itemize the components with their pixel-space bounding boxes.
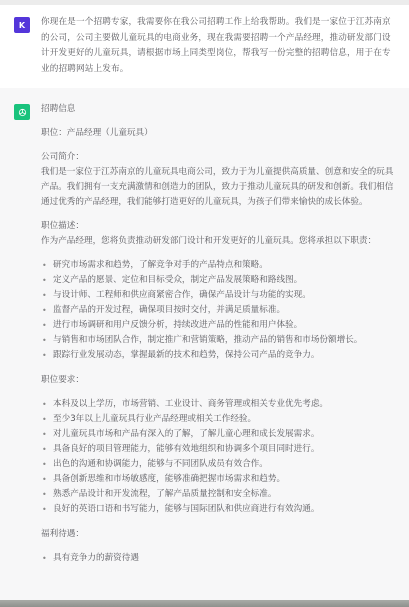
list-item: 本科及以上学历，市场营销、工业设计、商务管理或相关专业优先考虑。 — [41, 397, 395, 412]
company-intro-heading: 公司简介： — [41, 150, 395, 165]
list-item: 与销售和市场团队合作，制定推广和营销策略，推动产品的销售和市场份额增长。 — [41, 333, 395, 348]
position-line: 职位：产品经理（儿童玩具） — [41, 126, 395, 141]
list-item: 良好的英语口语和书写能力，能够与国际团队和供应商进行有效沟通。 — [41, 502, 395, 517]
openai-logo-icon — [14, 104, 30, 120]
company-intro-text: 我们是一家位于江苏南京的儿童玩具电商公司，致力于为儿童提供高质量、创意和安全的玩… — [41, 165, 395, 210]
list-item: 跟踪行业发展动态，掌握最新的技术和趋势，保持公司产品的竞争力。 — [41, 348, 395, 363]
list-item: 进行市场调研和用户反馈分析，持续改进产品的性能和用户体验。 — [41, 318, 395, 333]
user-message-text: 你现在是一个招聘专家，我需要你在我公司招聘工作上给我帮助。我们是一家位于江苏南京… — [41, 15, 395, 88]
assistant-message-content: 招聘信息 职位：产品经理（儿童玩具） 公司简介： 我们是一家位于江苏南京的儿童玩… — [41, 102, 395, 600]
user-message: K 你现在是一个招聘专家，我需要你在我公司招聘工作上给我帮助。我们是一家位于江苏… — [0, 5, 409, 88]
list-item: 研究市场需求和趋势，了解竞争对手的产品特点和策略。 — [41, 258, 395, 273]
responsibilities-list: 研究市场需求和趋势，了解竞争对手的产品特点和策略。 定义产品的愿景、定位和目标受… — [41, 258, 395, 363]
requirements-list: 本科及以上学历，市场营销、工业设计、商务管理或相关专业优先考虑。 至少3年以上儿… — [41, 397, 395, 517]
user-avatar: K — [14, 17, 30, 33]
list-item: 至少3年以上儿童玩具行业产品经理或相关工作经验。 — [41, 412, 395, 427]
list-item: 对儿童玩具市场和产品有深入的了解，了解儿童心理和成长发展需求。 — [41, 427, 395, 442]
list-item: 出色的沟通和协调能力，能够与不同团队成员有效合作。 — [41, 457, 395, 472]
benefits-list: 具有竞争力的薪资待遇 — [41, 551, 395, 566]
response-title: 招聘信息 — [41, 102, 395, 117]
list-item: 与设计师、工程师和供应商紧密合作，确保产品设计与功能的实现。 — [41, 288, 395, 303]
list-item: 具备良好的项目管理能力，能够有效地组织和协调多个项目同时进行。 — [41, 442, 395, 457]
assistant-message: 招聘信息 职位：产品经理（儿童玩具） 公司简介： 我们是一家位于江苏南京的儿童玩… — [0, 88, 409, 600]
list-item: 具备创新思维和市场敏感度，能够准确把握市场需求和趋势。 — [41, 472, 395, 487]
list-item: 具有竞争力的薪资待遇 — [41, 551, 395, 566]
job-desc-heading: 职位描述： — [41, 219, 395, 234]
job-desc-intro: 作为产品经理，您将负责推动研发部门设计和开发更好的儿童玩具。您将承担以下职责： — [41, 234, 395, 249]
list-item: 监督产品的开发过程，确保项目按时交付，并满足质量标准。 — [41, 303, 395, 318]
list-item: 定义产品的愿景、定位和目标受众，制定产品发展策略和路线图。 — [41, 273, 395, 288]
user-avatar-letter: K — [19, 21, 25, 30]
benefits-heading: 福利待遇： — [41, 527, 395, 542]
requirements-heading: 职位要求： — [41, 373, 395, 388]
bottom-edge-shadow — [0, 600, 409, 607]
list-item: 熟悉产品设计和开发流程，了解产品质量控制和安全标准。 — [41, 487, 395, 502]
